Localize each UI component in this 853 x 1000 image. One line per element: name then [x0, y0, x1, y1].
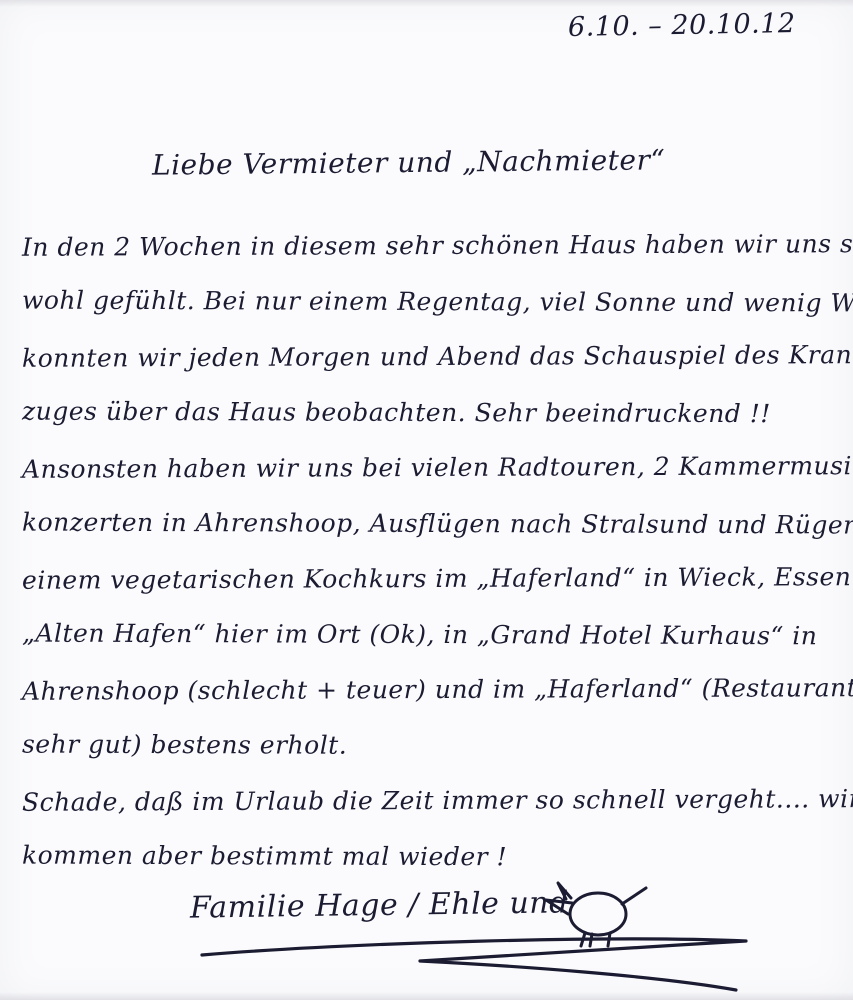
- letter-body-line: konzerten in Ahrenshoop, Ausflügen nach …: [22, 494, 837, 552]
- letter-date: 6.10. – 20.10.12: [568, 8, 796, 43]
- letter-salutation: Liebe Vermieter und „Nachmieter“: [152, 143, 666, 181]
- letter-body-line: In den 2 Wochen in diesem sehr schönen H…: [22, 216, 837, 275]
- letter-body: In den 2 Wochen in diesem sehr schönen H…: [22, 218, 837, 884]
- letter-body-line: sehr gut) bestens erholt.: [22, 716, 837, 774]
- letter-body-line: wohl gefühlt. Bei nur einem Regentag, vi…: [22, 272, 837, 330]
- letter-body-line: kommen aber bestimmt mal wieder !: [22, 827, 837, 885]
- letter-signature: Familie Hage / Ehle und: [190, 885, 569, 925]
- letter-body-line: Ansonsten haben wir uns bei vielen Radto…: [22, 438, 837, 497]
- letter-page: 6.10. – 20.10.12 Liebe Vermieter und „Na…: [0, 0, 853, 1000]
- letter-body-line: einem vegetarischen Kochkurs im „Haferla…: [22, 549, 837, 608]
- letter-body-line: zuges über das Haus beobachten. Sehr bee…: [22, 383, 837, 441]
- letter-body-line: Schade, daß im Urlaub die Zeit immer so …: [22, 771, 837, 830]
- signature-flourish: [188, 928, 773, 996]
- letter-body-line: konnten wir jeden Morgen und Abend das S…: [22, 327, 837, 386]
- letter-body-line: „Alten Hafen“ hier im Ort (Ok), in „Gran…: [22, 605, 837, 663]
- letter-body-line: Ahrenshoop (schlecht + teuer) und im „Ha…: [22, 660, 837, 719]
